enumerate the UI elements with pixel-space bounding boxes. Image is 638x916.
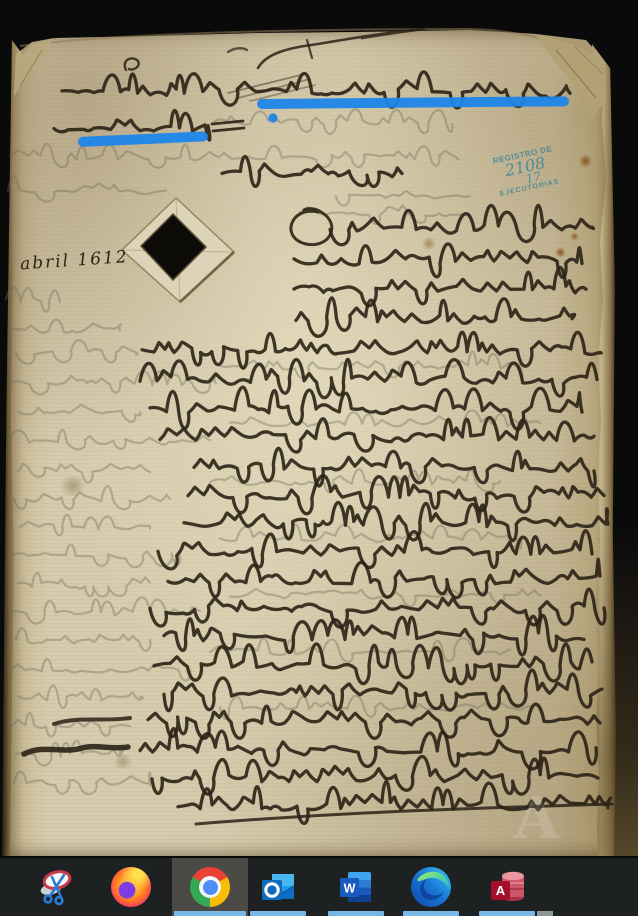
svg-text:W: W — [344, 882, 356, 896]
watermark-letter: A — [514, 784, 559, 852]
running-indicator — [328, 911, 384, 916]
access-icon: A — [487, 867, 527, 907]
snipping-tool-icon — [37, 867, 77, 907]
running-indicator-tail — [537, 911, 553, 916]
taskbar-item-edge[interactable] — [393, 858, 469, 916]
firefox-icon — [111, 867, 151, 907]
ink-stain — [570, 232, 579, 241]
outlook-icon — [258, 867, 298, 907]
running-indicator — [403, 911, 459, 916]
taskbar-item-access[interactable]: A — [469, 858, 545, 916]
taskbar-item-word[interactable]: W — [318, 858, 394, 916]
taskbar-item-chrome[interactable] — [172, 858, 248, 916]
ink-stain — [579, 154, 592, 168]
running-indicator — [174, 911, 246, 916]
chrome-icon — [190, 867, 230, 907]
running-indicator — [479, 911, 535, 916]
running-indicator — [250, 911, 306, 916]
edge-icon — [411, 867, 451, 907]
ink-stain — [112, 754, 134, 769]
svg-text:A: A — [496, 883, 506, 898]
page-edge-shadow — [596, 520, 638, 856]
ink-stain — [555, 247, 566, 258]
taskbar-item-firefox[interactable] — [93, 858, 169, 916]
ink-stain — [421, 237, 437, 250]
taskbar-item-snipping-tool[interactable] — [19, 858, 95, 916]
word-icon: W — [336, 867, 376, 907]
ink-stain — [58, 476, 88, 496]
taskbar-item-outlook[interactable] — [240, 858, 316, 916]
taskbar: W — [0, 858, 638, 916]
desktop-screen: REGISTRO DE 2108 17 EJECUTORIAS abril 16… — [0, 0, 638, 916]
